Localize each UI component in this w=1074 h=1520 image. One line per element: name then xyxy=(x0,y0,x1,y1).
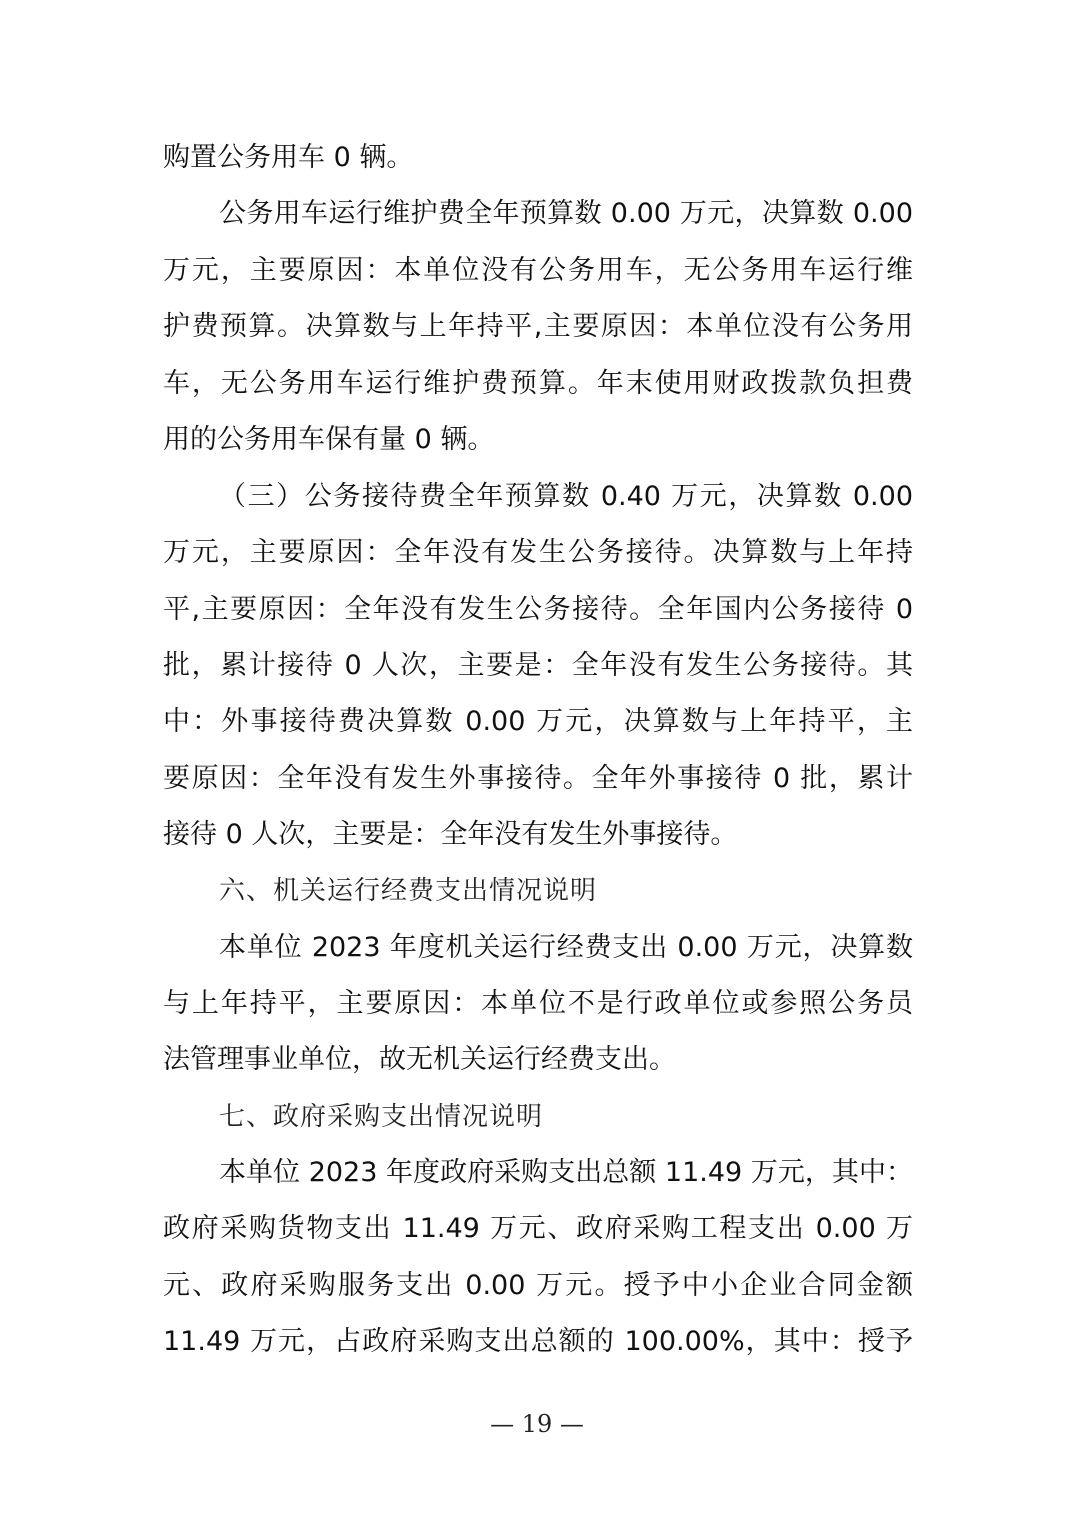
text-line: 中：外事接待费决算数 0.00 万元，决算数与上年持平，主 xyxy=(163,705,913,739)
text-line: 元、政府采购服务支出 0.00 万元。授予中小企业合同金额 xyxy=(163,1269,913,1303)
text-line: 万元，主要原因：本单位没有公务用车，无公务用车运行维 xyxy=(163,254,913,288)
text-line: 本单位 2023 年度政府采购支出总额 11.49 万元，其中： xyxy=(219,1156,913,1190)
text-line: 11.49 万元，占政府采购支出总额的 100.00%，其中：授予 xyxy=(163,1325,913,1359)
document-page: 购置公务用车 0 辆。公务用车运行维护费全年预算数 0.00 万元，决算数 0.… xyxy=(0,0,1074,1520)
text-line: 本单位 2023 年度机关运行经费支出 0.00 万元，决算数 xyxy=(219,931,913,965)
text-line: 接待 0 人次，主要是：全年没有发生外事接待。 xyxy=(163,818,913,852)
text-line: 要原因：全年没有发生外事接待。全年外事接待 0 批，累计 xyxy=(163,762,913,796)
text-line: （三）公务接待费全年预算数 0.40 万元，决算数 0.00 xyxy=(219,480,913,514)
text-line: 平,主要原因：全年没有发生公务接待。全年国内公务接待 0 xyxy=(163,593,913,627)
text-line: 政府采购货物支出 11.49 万元、政府采购工程支出 0.00 万 xyxy=(163,1212,913,1246)
text-line: 用的公务用车保有量 0 辆。 xyxy=(163,423,913,457)
text-line: 购置公务用车 0 辆。 xyxy=(163,141,913,175)
text-line: 公务用车运行维护费全年预算数 0.00 万元，决算数 0.00 xyxy=(219,197,913,231)
text-line: 车，无公务用车运行维护费预算。年末使用财政拨款负担费 xyxy=(163,367,913,401)
text-line: 万元，主要原因：全年没有发生公务接待。决算数与上年持 xyxy=(163,536,913,570)
text-line: 批，累计接待 0 人次，主要是：全年没有发生公务接待。其 xyxy=(163,649,913,683)
text-line: 与上年持平，主要原因：本单位不是行政单位或参照公务员 xyxy=(163,987,913,1021)
section-heading: 七、政府采购支出情况说明 xyxy=(219,1100,913,1134)
text-line: 法管理事业单位，故无机关运行经费支出。 xyxy=(163,1043,913,1077)
section-heading: 六、机关运行经费支出情况说明 xyxy=(219,874,913,908)
text-line: 护费预算。决算数与上年持平,主要原因：本单位没有公务用 xyxy=(163,310,913,344)
page-number: — 19 — xyxy=(0,1410,1074,1438)
